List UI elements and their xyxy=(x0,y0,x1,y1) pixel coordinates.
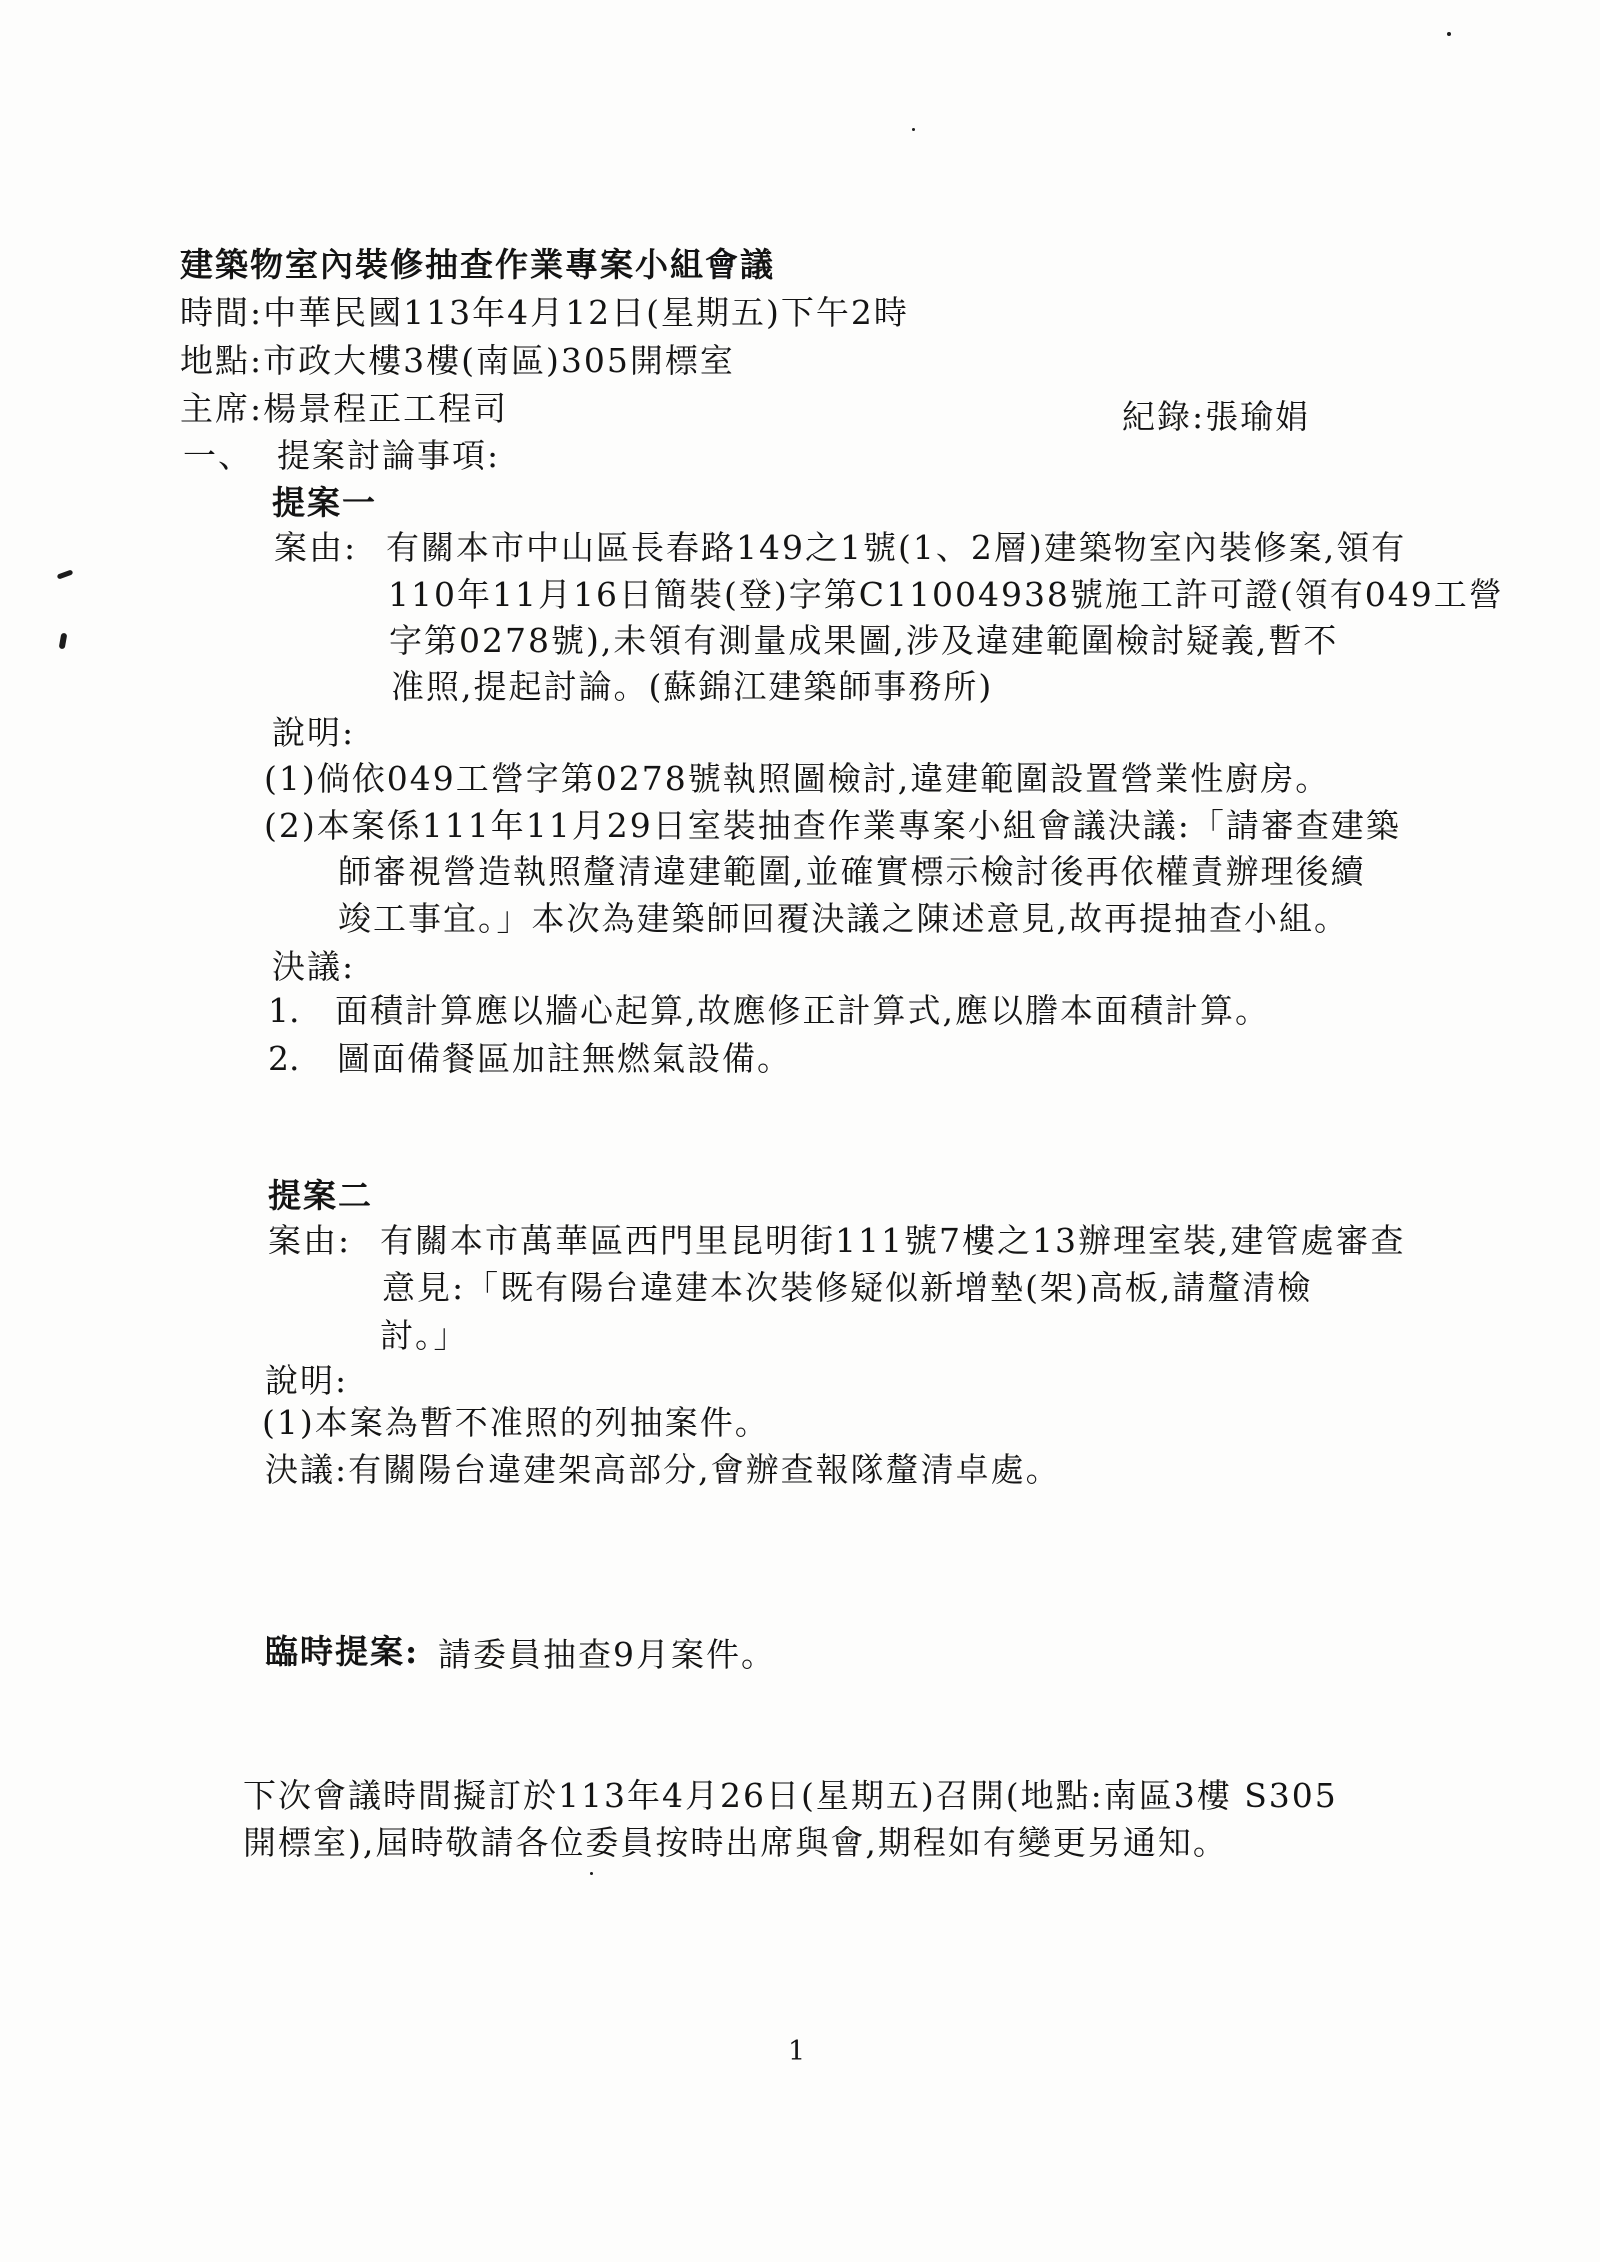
ink-speck xyxy=(57,569,74,579)
ink-speck xyxy=(59,633,68,650)
meeting-chair-line: 主席:楊景程正工程司 xyxy=(180,390,508,428)
ink-speck xyxy=(912,128,915,131)
proposal1-resolution-label: 決議: xyxy=(272,948,355,986)
proposal1-resolution-text: 面積計算應以牆心起算,故應修正計算式,應以謄本面積計算。 xyxy=(335,992,1270,1030)
proposal2-explanation-label: 說明: xyxy=(265,1362,348,1400)
page-number: 1 xyxy=(788,2036,805,2067)
proposal2-case-label: 案由: xyxy=(268,1222,351,1260)
proposal1-explanation-line: (1)倘依049工營字第0278號執照圖檢討,違建範圍設置營業性廚房。 xyxy=(264,760,1330,798)
meeting-location-line: 地點:市政大樓3樓(南區)305開標室 xyxy=(180,342,735,380)
meeting-recorder-line: 紀錄:張瑜娟 xyxy=(1122,398,1310,436)
proposal2-case-line: 有關本市萬華區西門里昆明街111號7樓之13辦理室裝,建管處審查 xyxy=(380,1222,1405,1260)
proposal1-case-line: 准照,提起討論。(蘇錦江建築師事務所) xyxy=(391,668,993,706)
proposal1-resolution-number: 2. xyxy=(268,1040,300,1078)
proposal1-case-line: 110年11月16日簡裝(登)字第C11004938號施工許可證(領有049工營 xyxy=(388,576,1504,614)
extra-motion-text: 請委員抽查9月案件。 xyxy=(438,1636,776,1674)
proposal1-explanation-label: 說明: xyxy=(272,714,355,752)
meeting-time-line: 時間:中華民國113年4月12日(星期五)下午2時 xyxy=(180,294,909,332)
proposal2-case-line: 討。」 xyxy=(380,1317,469,1355)
proposal1-case-line: 字第0278號),未領有測量成果圖,涉及違建範圍檢討疑義,暫不 xyxy=(389,622,1338,660)
doc-title: 建築物室內裝修抽查作業專案小組會議 xyxy=(180,246,775,284)
proposal1-heading: 提案一 xyxy=(272,484,377,522)
agenda-section-number: 一、 xyxy=(183,437,253,475)
extra-motion-label: 臨時提案: xyxy=(265,1633,419,1671)
scanned-meeting-minutes-page: 建築物室內裝修抽查作業專案小組會議 時間:中華民國113年4月12日(星期五)下… xyxy=(0,0,1600,2262)
proposal2-case-line: 意見:「既有陽台違建本次裝修疑似新增墊(架)高板,請釐清檢 xyxy=(382,1269,1312,1307)
proposal1-case-label: 案由: xyxy=(274,529,357,567)
closing-paragraph-line: 開標室),屆時敬請各位委員按時出席與會,期程如有變更另通知。 xyxy=(243,1824,1228,1862)
proposal1-explanation-line: (2)本案係111年11月29日室裝抽查作業專案小組會議決議:「請審查建築 xyxy=(264,807,1401,845)
proposal1-resolution-text: 圖面備餐區加註無燃氣設備。 xyxy=(337,1040,792,1078)
proposal2-heading: 提案二 xyxy=(268,1177,373,1215)
agenda-section-title: 提案討論事項: xyxy=(277,437,500,475)
ink-speck xyxy=(590,1872,593,1875)
proposal1-case-line: 有關本市中山區長春路149之1號(1、2層)建築物室內裝修案,領有 xyxy=(386,529,1406,567)
proposal1-explanation-line: 師審視營造執照釐清違建範圍,並確實標示檢討後再依權責辦理後續 xyxy=(338,853,1366,891)
proposal2-resolution-line: 決議:有關陽台違建架高部分,會辦查報隊釐清卓處。 xyxy=(265,1451,1061,1489)
ink-speck xyxy=(1447,32,1451,36)
proposal2-explanation-line: (1)本案為暫不准照的列抽案件。 xyxy=(262,1404,770,1442)
proposal1-explanation-line: 竣工事宜。」本次為建築師回覆決議之陳述意見,故再提抽查小組。 xyxy=(338,900,1349,938)
proposal1-resolution-number: 1. xyxy=(268,992,300,1030)
closing-paragraph-line: 下次會議時間擬訂於113年4月26日(星期五)召開(地點:南區3樓 S305 xyxy=(243,1777,1338,1815)
